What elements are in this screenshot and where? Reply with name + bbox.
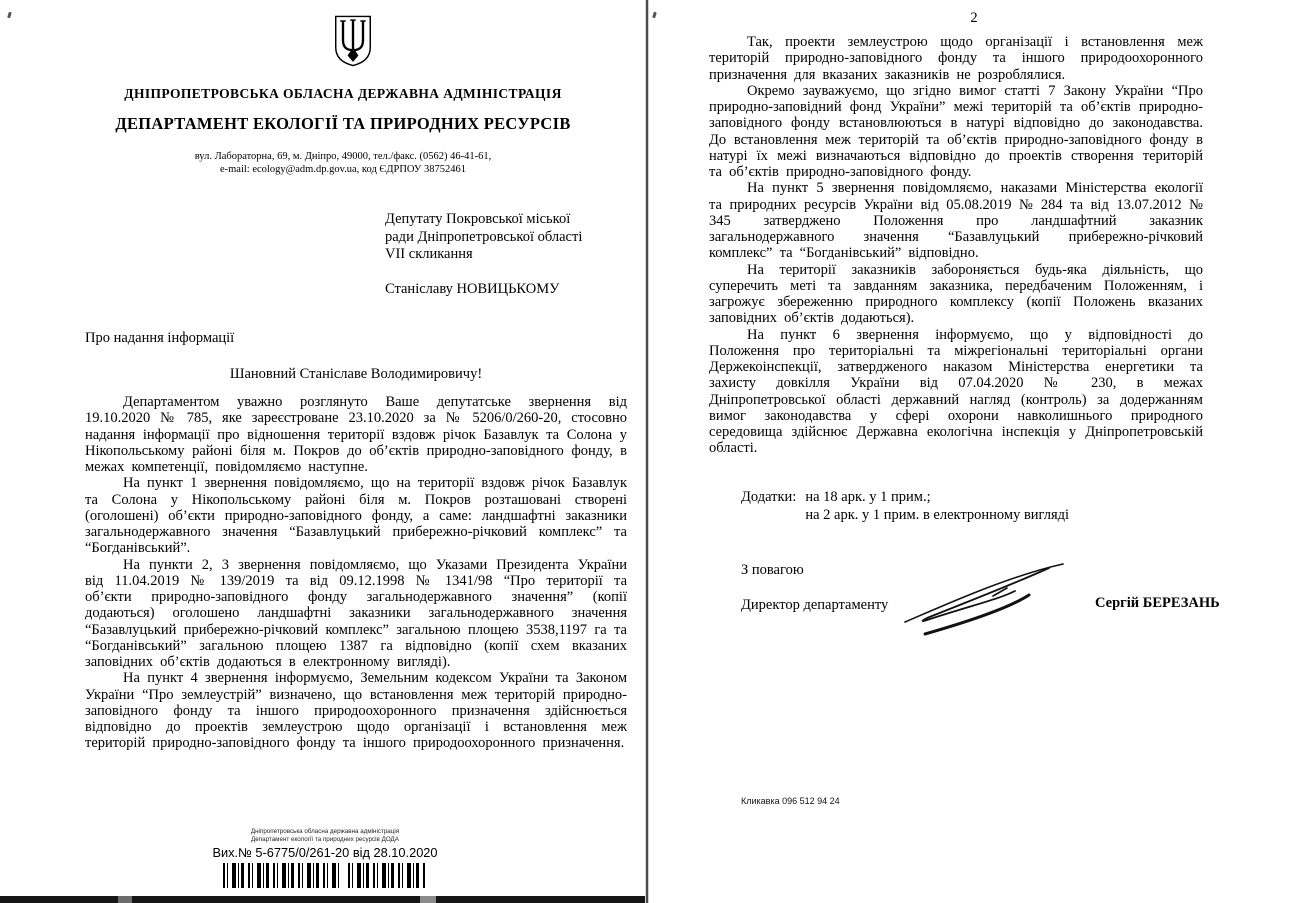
signature-icon xyxy=(897,556,1069,648)
recipient-block: Депутату Покровської міської ради Дніпро… xyxy=(385,211,582,298)
letter-page-1: ДНІПРОПЕТРОВСЬКА ОБЛАСНА ДЕРЖАВНА АДМІНІ… xyxy=(0,0,646,903)
attachments-block: Додатки: на 18 арк. у 1 прим.; на 2 арк.… xyxy=(741,488,1069,524)
recipient-line: ради Дніпропетровської області xyxy=(385,229,582,247)
recipient-line: VII скликання xyxy=(385,246,582,264)
letter-page-2: 2 Так, проекти землеустрою щодо організа… xyxy=(649,0,1293,903)
closing-phrase: З повагою xyxy=(741,562,804,579)
registration-stamp: Дніпропетровська обласна державна адміні… xyxy=(193,828,457,888)
barcode-icon xyxy=(223,863,427,888)
paragraph: На пункт 5 звернення повідомляємо, наказ… xyxy=(709,180,1203,261)
organization-address: вул. Лабораторна, 69, м. Дніпро, 49000, … xyxy=(60,150,626,176)
scan-edge-strip xyxy=(0,896,646,903)
paragraph: На пункт 4 звернення інформуємо, Земельн… xyxy=(85,670,627,751)
signer-title: Директор департаменту xyxy=(741,597,888,614)
signer-name: Сергій БЕРЕЗАНЬ xyxy=(1095,595,1220,612)
address-line-1: вул. Лабораторна, 69, м. Дніпро, 49000, … xyxy=(60,150,626,163)
salutation: Шановний Станіславе Володимировичу! xyxy=(85,366,627,383)
paragraph: Окремо зауважуємо, що згідно вимог статт… xyxy=(709,83,1203,181)
attachment-line: на 2 арк. у 1 прим. в електронному вигля… xyxy=(805,506,1069,524)
paragraph: Так, проекти землеустрою щодо організаці… xyxy=(709,34,1203,83)
scan-artifact xyxy=(652,12,657,19)
executor-contact: Кликавка 096 512 94 24 xyxy=(741,796,840,806)
scanned-letter: { "colors": { "ink": "#000000", "paper":… xyxy=(0,0,1293,903)
recipient-line: Депутату Покровської міської xyxy=(385,211,582,229)
attachments-label: Додатки: xyxy=(741,488,796,524)
letter-body-page-2: Так, проекти землеустрою щодо організаці… xyxy=(709,34,1203,457)
department-name: ДЕПАРТАМЕНТ ЕКОЛОГІЇ ТА ПРИРОДНИХ РЕСУРС… xyxy=(60,114,626,134)
outgoing-number: Вих.№ 5-6775/0/261-20 від 28.10.2020 xyxy=(193,845,457,860)
letter-body-page-1: Департаментом уважно розглянуто Ваше деп… xyxy=(85,394,627,752)
paragraph: На пункти 2, 3 звернення повідомляємо, щ… xyxy=(85,557,627,671)
paragraph: Департаментом уважно розглянуто Ваше деп… xyxy=(85,394,627,475)
ukraine-trident-emblem xyxy=(333,13,373,69)
recipient-name: Станіславу НОВИЦЬКОМУ xyxy=(385,281,582,299)
attachments-lines: на 18 арк. у 1 прим.; на 2 арк. у 1 прим… xyxy=(805,488,1069,524)
paragraph: На пункт 1 звернення повідомляємо, що на… xyxy=(85,475,627,556)
page-number: 2 xyxy=(709,10,1239,27)
letter-subject: Про надання інформації xyxy=(85,330,234,347)
stamp-dept-line: Департамент екології та природних ресурс… xyxy=(198,836,451,843)
stamp-org-line: Дніпропетровська обласна державна адміні… xyxy=(198,828,451,835)
paragraph: На пункт 6 звернення інформуємо, що у ві… xyxy=(709,327,1203,457)
attachment-line: на 18 арк. у 1 прим.; xyxy=(805,488,1069,506)
address-line-2: e-mail: ecology@adm.dp.gov.ua, код ЄДРПО… xyxy=(60,163,626,176)
paragraph: На території заказників забороняється бу… xyxy=(709,262,1203,327)
scan-artifact xyxy=(7,12,12,19)
organization-name: ДНІПРОПЕТРОВСЬКА ОБЛАСНА ДЕРЖАВНА АДМІНІ… xyxy=(60,86,626,102)
